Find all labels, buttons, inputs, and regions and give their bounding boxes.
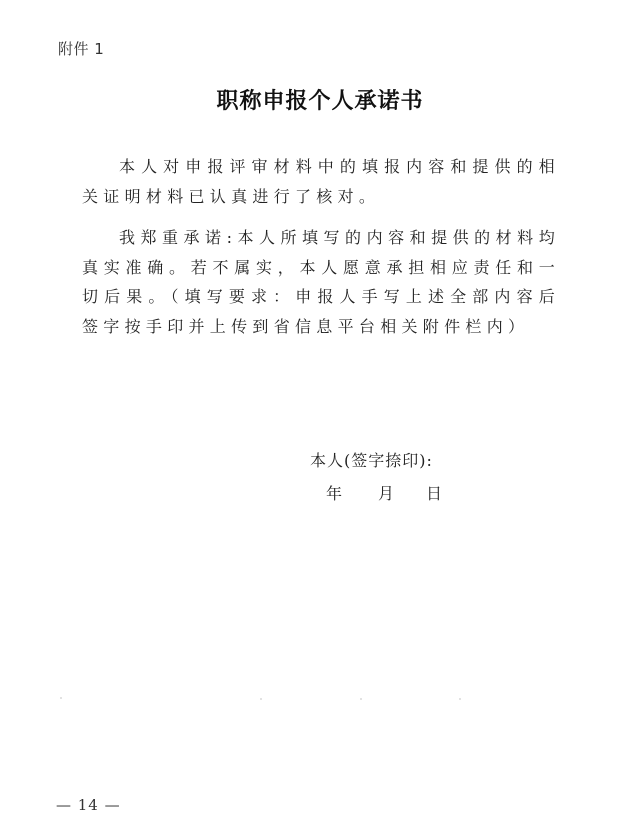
signature-label: 本人(签字捺印):	[310, 446, 433, 476]
scan-speck	[260, 698, 262, 700]
document-body: 本人对申报评审材料中的填报内容和提供的相关证明材料已认真进行了核对。 我郑重承诺…	[82, 152, 560, 342]
document-title: 职称申报个人承诺书	[0, 84, 636, 115]
date-line: 年月日	[326, 479, 442, 509]
date-year-label: 年	[326, 479, 378, 509]
page-number: — 14 —	[56, 796, 121, 814]
paragraph-verification: 本人对申报评审材料中的填报内容和提供的相关证明材料已认真进行了核对。	[82, 152, 560, 211]
scan-speck	[60, 697, 62, 699]
date-day-label: 日	[426, 479, 442, 509]
paragraph-commitment: 我郑重承诺:本人所填写的内容和提供的材料均真实准确。若不属实，本人愿意承担相应责…	[82, 223, 560, 341]
scan-speck	[459, 698, 461, 700]
attachment-label: 附件 1	[58, 38, 104, 59]
scan-speck	[360, 698, 362, 700]
date-month-label: 月	[378, 479, 426, 509]
signature-block: 本人(签字捺印): 年月日	[310, 446, 433, 476]
